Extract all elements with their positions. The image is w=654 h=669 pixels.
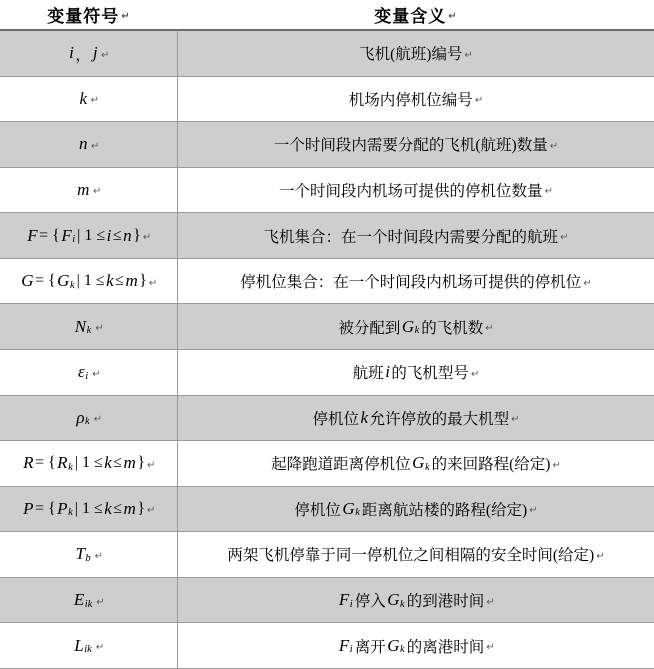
math-segment: m bbox=[77, 180, 89, 200]
symbol-cell: m↵ bbox=[0, 168, 178, 213]
math-segment: b bbox=[85, 553, 90, 564]
paragraph-mark-icon: ↵ bbox=[475, 95, 483, 106]
math-segment: k bbox=[400, 599, 405, 610]
math-segment: k bbox=[361, 408, 369, 428]
math-segment: } bbox=[133, 227, 141, 245]
meaning-cell: 两架飞机停靠于同一停机位之间相隔的安全时间(给定)↵ bbox=[178, 532, 654, 577]
math-segment: G bbox=[402, 317, 414, 337]
paragraph-mark-icon: ↵ bbox=[147, 505, 155, 516]
paragraph-mark-icon: ↵ bbox=[91, 95, 99, 106]
math-segment: m bbox=[125, 271, 137, 291]
math-segment: } bbox=[137, 454, 145, 472]
math-segment: k bbox=[425, 462, 430, 473]
table-row: Lik↵ Fi离开Gk的离港时间↵ bbox=[0, 623, 654, 669]
math-segment: G bbox=[387, 636, 399, 656]
paragraph-mark-icon: ↵ bbox=[93, 186, 101, 197]
table-row: Eik↵ Fi停入Gk的到港时间↵ bbox=[0, 578, 654, 624]
math-segment: E bbox=[74, 590, 84, 610]
paragraph-mark-icon: ↵ bbox=[147, 460, 155, 471]
symbol-cell: P = {Pk| 1 ≤ k ≤ m}↵ bbox=[0, 487, 178, 532]
meaning-cell: 航班i的飞机型号↵ bbox=[178, 350, 654, 395]
paragraph-mark-icon: ↵ bbox=[92, 369, 100, 380]
math-segment: ρ bbox=[76, 408, 84, 428]
math-segment: ik bbox=[84, 644, 92, 655]
text-segment: 飞机集合：在一个时间段内需要分配的航班 bbox=[264, 225, 559, 247]
meaning-cell: 被分配到Gk的飞机数↵ bbox=[178, 304, 654, 349]
math-segment: G bbox=[342, 499, 354, 519]
column-header-meaning: 变量含义↵ bbox=[178, 2, 654, 27]
paragraph-mark-icon: ↵ bbox=[529, 505, 537, 516]
column-header-symbol: 变量符号↵ bbox=[0, 2, 178, 27]
paragraph-mark-icon: ↵ bbox=[95, 551, 103, 562]
math-segment: = { bbox=[39, 227, 60, 245]
text-segment: 机场内停机位编号 bbox=[349, 88, 473, 110]
math-segment: | 1 ≤ bbox=[77, 272, 105, 290]
symbol-cell: R = {Rk| 1 ≤ k ≤ m}↵ bbox=[0, 441, 178, 486]
math-segment: = { bbox=[35, 500, 56, 518]
text-segment: 的飞机型号 bbox=[391, 361, 469, 383]
symbol-cell: Tb↵ bbox=[0, 532, 178, 577]
text-segment: 的到港时间 bbox=[407, 589, 485, 611]
paragraph-mark-icon: ↵ bbox=[91, 141, 99, 152]
math-segment: ， bbox=[75, 42, 91, 65]
text-segment: 停机位 bbox=[313, 407, 360, 429]
math-segment: G bbox=[387, 590, 399, 610]
math-segment: i bbox=[85, 371, 88, 382]
text-segment: 距离航站楼的路程(给定) bbox=[362, 498, 527, 520]
meaning-cell: 飞机集合：在一个时间段内需要分配的航班↵ bbox=[178, 213, 654, 258]
math-segment: R bbox=[57, 453, 67, 473]
meaning-cell: Fi停入Gk的到港时间↵ bbox=[178, 578, 654, 623]
math-segment: k bbox=[106, 271, 114, 291]
math-segment: n bbox=[123, 226, 132, 246]
math-segment: } bbox=[139, 272, 147, 290]
text-segment: 两架飞机停靠于同一停机位之间相隔的安全时间(给定) bbox=[227, 543, 594, 565]
paragraph-mark-icon: ↵ bbox=[545, 186, 553, 197]
math-segment: i bbox=[69, 43, 74, 63]
symbol-cell: ρk↵ bbox=[0, 396, 178, 441]
math-segment: k bbox=[87, 325, 92, 336]
paragraph-mark-icon: ↵ bbox=[485, 323, 493, 334]
math-segment: | 1 ≤ bbox=[75, 454, 103, 472]
paragraph-mark-icon: ↵ bbox=[143, 232, 151, 243]
table-row: P = {Pk| 1 ≤ k ≤ m}↵ 停机位Gk距离航站楼的路程(给定)↵ bbox=[0, 487, 654, 533]
math-segment: n bbox=[79, 134, 88, 154]
table-row: ρk↵ 停机位k允许停放的最大机型↵ bbox=[0, 396, 654, 442]
math-segment: k bbox=[104, 453, 112, 473]
paragraph-mark-icon: ↵ bbox=[149, 278, 157, 289]
math-segment: = { bbox=[35, 272, 56, 290]
paragraph-mark-icon: ↵ bbox=[486, 597, 494, 608]
text-segment: 的离港时间 bbox=[407, 635, 485, 657]
symbol-cell: G = {Gk| 1 ≤ k ≤ m}↵ bbox=[0, 259, 178, 304]
table-row: k↵ 机场内停机位编号↵ bbox=[0, 77, 654, 123]
math-segment: i bbox=[385, 362, 390, 382]
math-segment: i bbox=[350, 644, 353, 655]
paragraph-mark-icon: ↵ bbox=[471, 369, 479, 380]
math-segment: k bbox=[68, 462, 73, 473]
text-segment: 停入 bbox=[355, 589, 386, 611]
paragraph-mark-icon: ↵ bbox=[596, 551, 604, 562]
column-header-symbol-label: 变量符号 bbox=[47, 2, 119, 27]
meaning-cell: Fi离开Gk的离港时间↵ bbox=[178, 623, 654, 668]
math-segment: F bbox=[61, 226, 71, 246]
table-row: i，j↵ 飞机(航班)编号↵ bbox=[0, 31, 654, 77]
meaning-cell: 起降跑道距离停机位Gk的来回路程(给定)↵ bbox=[178, 441, 654, 486]
paragraph-mark-icon: ↵ bbox=[550, 141, 558, 152]
text-segment: 停机位集合：在一个时间段内机场可提供的停机位 bbox=[240, 270, 581, 292]
math-segment: j bbox=[93, 43, 98, 63]
math-segment: ≤ bbox=[113, 454, 122, 472]
table-row: G = {Gk| 1 ≤ k ≤ m}↵ 停机位集合：在一个时间段内机场可提供的… bbox=[0, 259, 654, 305]
math-segment: i bbox=[107, 226, 112, 246]
table-row: Tb↵ 两架飞机停靠于同一停机位之间相隔的安全时间(给定)↵ bbox=[0, 532, 654, 578]
math-segment: L bbox=[74, 636, 83, 656]
text-segment: 被分配到 bbox=[338, 316, 400, 338]
math-segment: m bbox=[124, 453, 136, 473]
math-segment: k bbox=[355, 507, 360, 518]
math-segment: ε bbox=[78, 362, 85, 382]
math-segment: ≤ bbox=[113, 500, 122, 518]
text-segment: 一个时间段内机场可提供的停机位数量 bbox=[279, 179, 543, 201]
meaning-cell: 一个时间段内需要分配的飞机(航班)数量↵ bbox=[178, 122, 654, 167]
symbol-cell: k↵ bbox=[0, 77, 178, 122]
math-segment: ≤ bbox=[113, 227, 122, 245]
math-segment: k bbox=[70, 280, 75, 291]
symbol-cell: εi↵ bbox=[0, 350, 178, 395]
text-segment: 飞机(航班)编号 bbox=[359, 42, 462, 64]
paragraph-mark-icon: ↵ bbox=[94, 414, 102, 425]
math-segment: R bbox=[23, 453, 33, 473]
math-segment: k bbox=[85, 416, 90, 427]
math-segment: ≤ bbox=[115, 272, 124, 290]
math-segment: k bbox=[68, 507, 73, 518]
math-segment: k bbox=[80, 89, 88, 109]
paragraph-mark-icon: ↵ bbox=[552, 460, 560, 471]
math-segment: P bbox=[23, 499, 33, 519]
paragraph-mark-icon: ↵ bbox=[583, 278, 591, 289]
text-segment: 的飞机数 bbox=[421, 316, 483, 338]
variables-definition-table: 变量符号↵ 变量含义↵ i，j↵ 飞机(航班)编号↵ k↵ 机场内停机位编号↵ … bbox=[0, 0, 654, 669]
table-header-row: 变量符号↵ 变量含义↵ bbox=[0, 0, 654, 31]
symbol-cell: Lik↵ bbox=[0, 623, 178, 668]
math-segment: G bbox=[21, 271, 33, 291]
text-segment: 离开 bbox=[355, 635, 386, 657]
paragraph-mark-icon: ↵ bbox=[448, 11, 457, 22]
paragraph-mark-icon: ↵ bbox=[96, 597, 104, 608]
math-segment: P bbox=[57, 499, 67, 519]
text-segment: 停机位 bbox=[294, 498, 341, 520]
symbol-cell: F = {Fi| 1 ≤ i ≤ n}↵ bbox=[0, 213, 178, 258]
meaning-cell: 机场内停机位编号↵ bbox=[178, 77, 654, 122]
paragraph-mark-icon: ↵ bbox=[560, 232, 568, 243]
text-segment: 允许停放的最大机型 bbox=[370, 407, 510, 429]
table-row: εi↵ 航班i的飞机型号↵ bbox=[0, 350, 654, 396]
symbol-cell: n↵ bbox=[0, 122, 178, 167]
paragraph-mark-icon: ↵ bbox=[486, 642, 494, 653]
meaning-cell: 一个时间段内机场可提供的停机位数量↵ bbox=[178, 168, 654, 213]
meaning-cell: 停机位Gk距离航站楼的路程(给定)↵ bbox=[178, 487, 654, 532]
table-row: R = {Rk| 1 ≤ k ≤ m}↵ 起降跑道距离停机位Gk的来回路程(给定… bbox=[0, 441, 654, 487]
text-segment: 一个时间段内需要分配的飞机(航班)数量 bbox=[274, 133, 548, 155]
table-row: Nk↵ 被分配到Gk的飞机数↵ bbox=[0, 304, 654, 350]
paragraph-mark-icon: ↵ bbox=[511, 414, 519, 425]
math-segment: | 1 ≤ bbox=[77, 227, 105, 245]
math-segment: i bbox=[72, 234, 75, 245]
table-body: i，j↵ 飞机(航班)编号↵ k↵ 机场内停机位编号↵ n↵ 一个时间段内需要分… bbox=[0, 31, 654, 669]
math-segment: = { bbox=[35, 454, 56, 472]
math-segment: G bbox=[412, 453, 424, 473]
text-segment: 起降跑道距离停机位 bbox=[271, 452, 411, 474]
symbol-cell: Eik↵ bbox=[0, 578, 178, 623]
math-segment: G bbox=[57, 271, 69, 291]
math-segment: } bbox=[137, 500, 145, 518]
table-row: F = {Fi| 1 ≤ i ≤ n}↵ 飞机集合：在一个时间段内需要分配的航班… bbox=[0, 213, 654, 259]
text-segment: 的来回路程(给定) bbox=[432, 452, 551, 474]
math-segment: m bbox=[124, 499, 136, 519]
math-segment: k bbox=[104, 499, 112, 519]
math-segment: i bbox=[350, 599, 353, 610]
text-segment: 航班 bbox=[353, 361, 384, 383]
meaning-cell: 飞机(航班)编号↵ bbox=[178, 31, 654, 76]
math-segment: k bbox=[400, 644, 405, 655]
column-header-meaning-label: 变量含义 bbox=[374, 2, 446, 27]
paragraph-mark-icon: ↵ bbox=[95, 323, 103, 334]
math-segment: ik bbox=[85, 599, 93, 610]
symbol-cell: Nk↵ bbox=[0, 304, 178, 349]
math-segment: k bbox=[415, 325, 420, 336]
math-segment: F bbox=[339, 636, 349, 656]
paragraph-mark-icon: ↵ bbox=[101, 50, 109, 61]
table-row: m↵ 一个时间段内机场可提供的停机位数量↵ bbox=[0, 168, 654, 214]
meaning-cell: 停机位集合：在一个时间段内机场可提供的停机位↵ bbox=[178, 259, 654, 304]
table-row: n↵ 一个时间段内需要分配的飞机(航班)数量↵ bbox=[0, 122, 654, 168]
math-segment: F bbox=[339, 590, 349, 610]
paragraph-mark-icon: ↵ bbox=[464, 50, 472, 61]
math-segment: N bbox=[75, 317, 86, 337]
symbol-cell: i，j↵ bbox=[0, 31, 178, 76]
paragraph-mark-icon: ↵ bbox=[96, 642, 104, 653]
math-segment: | 1 ≤ bbox=[75, 500, 103, 518]
paragraph-mark-icon: ↵ bbox=[121, 11, 130, 22]
math-segment: F bbox=[27, 226, 37, 246]
math-segment: T bbox=[75, 544, 84, 564]
meaning-cell: 停机位k允许停放的最大机型↵ bbox=[178, 396, 654, 441]
